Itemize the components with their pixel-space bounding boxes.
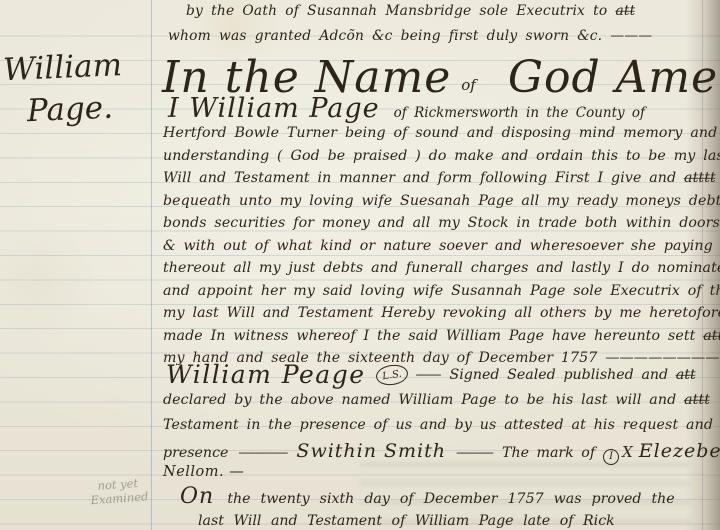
testator-declaration: I William Page	[168, 93, 380, 124]
will-body-line: understanding ( God be praised ) do make…	[163, 148, 703, 171]
pencil-note: not yet Examined	[97, 475, 149, 506]
will-body-line: Hertford Bowle Turner being of sound and…	[163, 125, 703, 148]
witness-signature: Elezebeth	[639, 440, 720, 462]
testator-signature: William Peage	[166, 360, 366, 389]
wax-seal-ls: L.S.	[374, 362, 408, 386]
probate-line: the twenty sixth day of December 1757 wa…	[227, 491, 674, 507]
previous-entry-line: by the Oath of Susannah Mansbridge sole …	[186, 3, 635, 19]
probate-clause: On the twenty sixth day of December 1757…	[180, 484, 710, 529]
testator-residence: of Rickmersworth in the County of	[394, 105, 645, 121]
previous-entry-line: whom was granted Adcõn &c being first du…	[168, 28, 652, 44]
witness-row: presence ———— Swithin Smith ——— The mark…	[163, 440, 720, 463]
will-body-line: my last Will and Testament Hereby revoki…	[163, 305, 703, 328]
witness-mark-x: X	[622, 443, 633, 461]
will-body-line: Will and Testament in manner and form fo…	[163, 170, 703, 193]
witness-presence-word: presence	[163, 445, 228, 461]
will-body-line: thereout all my just debts and funerall …	[163, 260, 703, 283]
attestation-line: Testament in the presence of us and by u…	[163, 417, 703, 442]
attestation-line: declared by the above named William Page…	[163, 392, 703, 417]
witness-mark-label: The mark of	[502, 445, 595, 461]
heading-of: of	[461, 76, 476, 94]
margin-name-line: Page.	[4, 85, 156, 134]
will-body-line: bonds securities for money and all my St…	[163, 215, 703, 238]
witness-mark-icon: I	[603, 449, 619, 465]
margin-testator-name: William Page.	[2, 43, 156, 133]
witness-surname-line: Nellom. —	[163, 464, 244, 480]
signature-row: William Peage L.S. —— Signed Sealed publ…	[166, 360, 696, 389]
will-subheading: I William Page of Rickmersworth in the C…	[168, 93, 708, 124]
attestation-block: declared by the above named William Page…	[163, 392, 703, 442]
margin-name-line: William	[2, 43, 154, 92]
witness-signature: Swithin Smith	[296, 440, 446, 462]
filler-dash: ——	[416, 367, 440, 383]
will-body-line: and appoint her my said loving wife Susa…	[163, 283, 703, 306]
filler-dash: ————	[238, 445, 286, 461]
probate-initial: On	[180, 484, 214, 509]
manuscript-page: by the Oath of Susannah Mansbridge sole …	[0, 0, 720, 530]
will-body-line: bequeath unto my loving wife Suesanah Pa…	[163, 193, 703, 216]
will-body-line: & with out of what kind or nature soever…	[163, 238, 703, 261]
will-body-line: made In witness whereof I the said Willi…	[163, 328, 703, 351]
attestation-start: Signed Sealed published and a̶t̶t̶	[450, 367, 696, 383]
will-body: Hertford Bowle Turner being of sound and…	[163, 125, 703, 373]
pencil-note-line: Examined	[90, 489, 149, 507]
filler-dash: ———	[456, 445, 492, 461]
probate-line: last Will and Testament of William Page …	[198, 513, 710, 529]
